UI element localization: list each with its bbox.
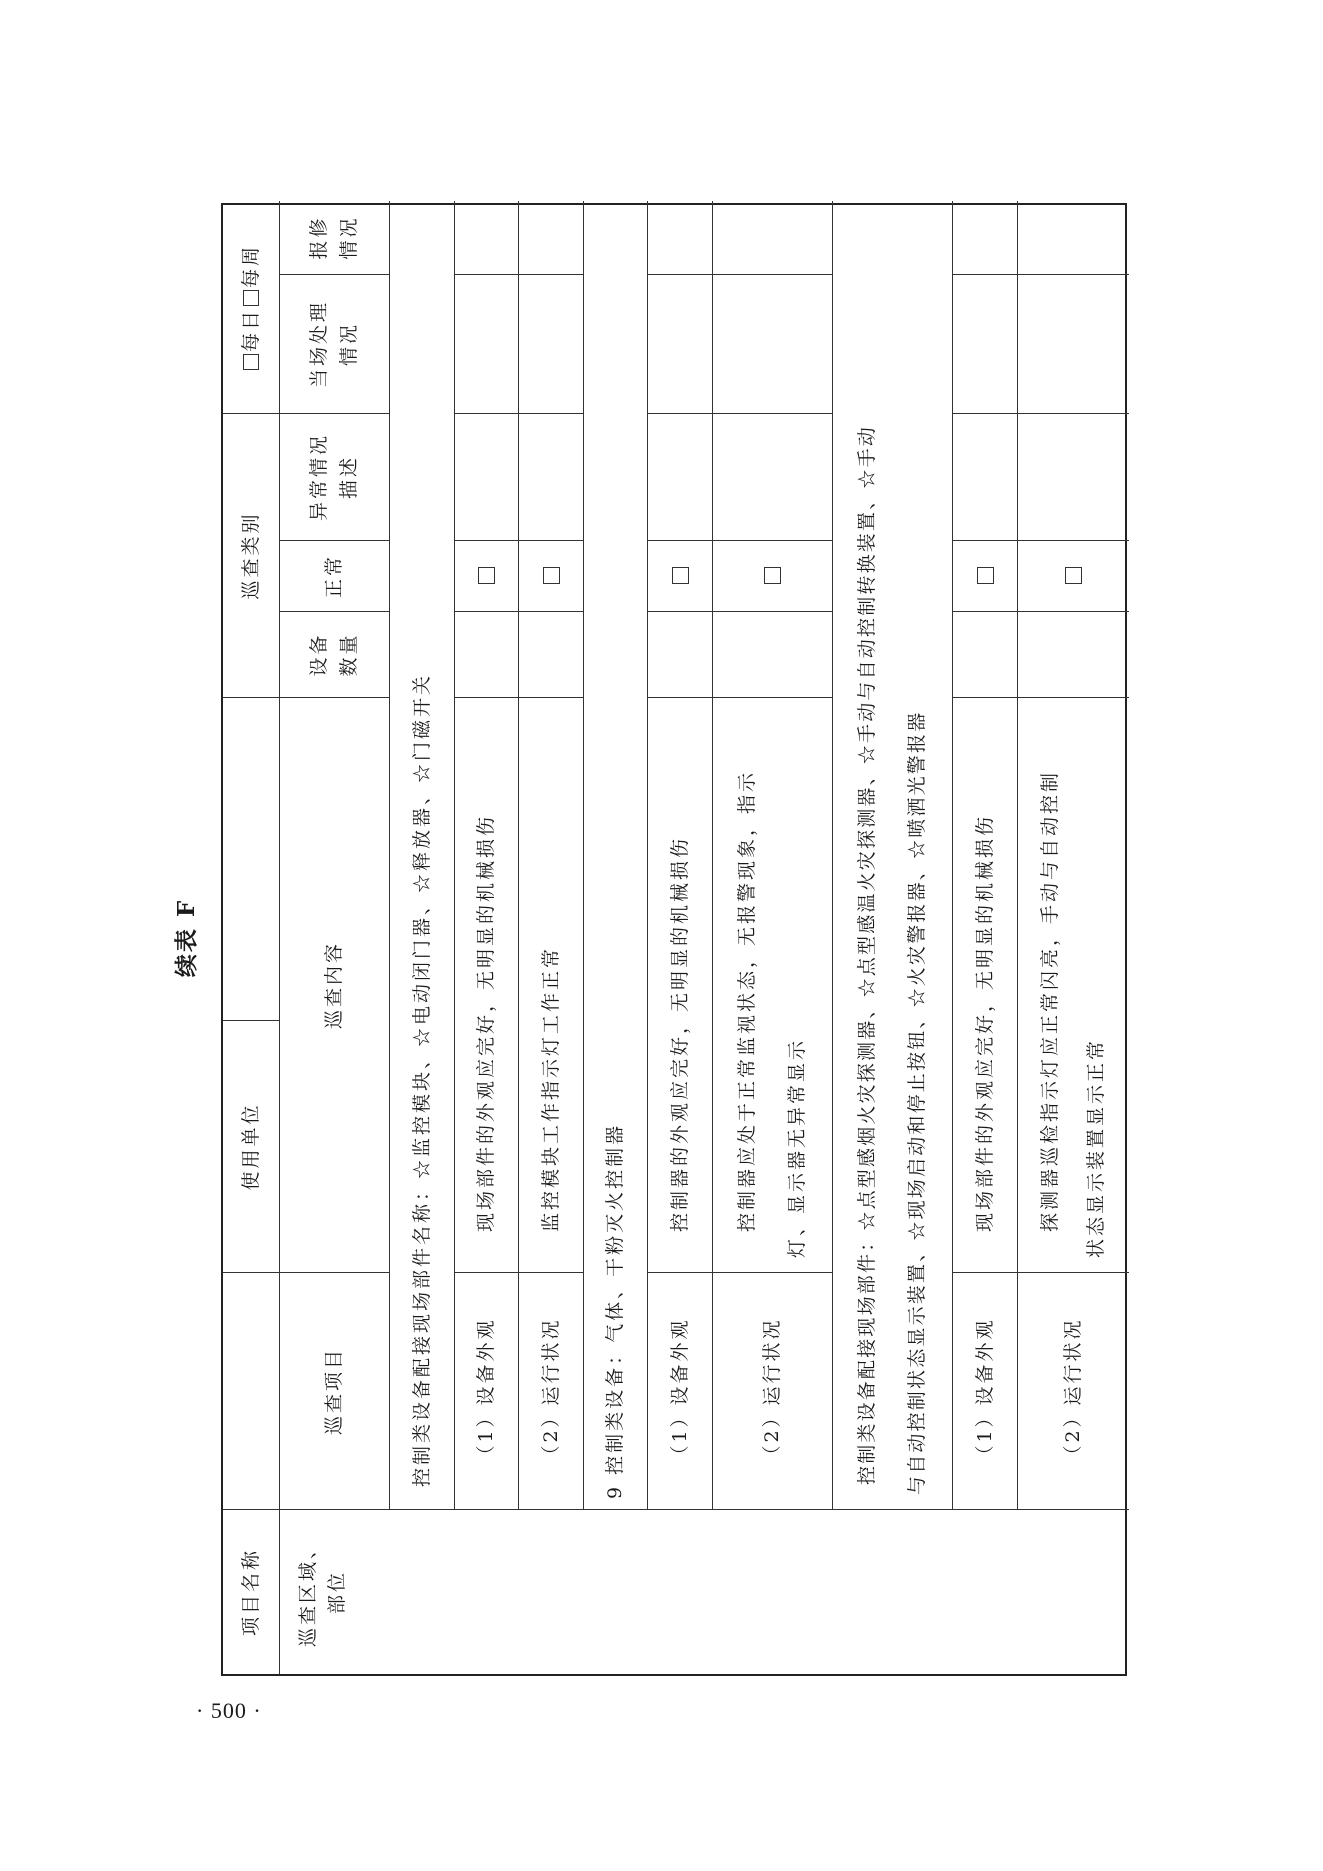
repair-input[interactable] <box>648 201 713 274</box>
project-name-value[interactable] <box>223 1272 280 1509</box>
onsite-input[interactable] <box>953 274 1018 413</box>
repair-input[interactable] <box>1018 201 1129 274</box>
normal-cell <box>953 540 1018 611</box>
weekly-checkbox[interactable] <box>243 290 259 306</box>
onsite-line2: 情况 <box>335 322 364 366</box>
onsite-line1: 当场处理 <box>305 300 334 388</box>
device-count-line1: 设备 <box>305 633 334 677</box>
device-count-input[interactable] <box>455 611 519 697</box>
repair-line2: 情况 <box>335 216 364 260</box>
item-content-line1: 控制器应处于正常监视状态，无报警现象，指示 <box>723 770 772 1258</box>
normal-checkbox[interactable] <box>672 568 689 585</box>
normal-cell <box>713 540 833 611</box>
user-unit-label: 使用单位 <box>223 1020 280 1272</box>
group-row-1: 控制类设备配接现场部件名称：☆监控模块、☆电动闭门器、☆释放器、☆门磁开关 <box>390 201 455 1509</box>
frequency-selector: 每日 每周 <box>223 201 280 413</box>
repair-line1: 报修 <box>305 216 334 260</box>
normal-checkbox[interactable] <box>764 568 781 585</box>
item-content: 控制器应处于正常监视状态，无报警现象，指示 灯、显示器无异常显示 <box>713 697 833 1272</box>
onsite-input[interactable] <box>713 274 833 413</box>
abnormal-input[interactable] <box>713 413 833 540</box>
normal-cell <box>519 540 584 611</box>
repair-input[interactable] <box>713 201 833 274</box>
onsite-input[interactable] <box>1018 274 1129 413</box>
table-title: 续表 F <box>172 878 202 998</box>
user-unit-value[interactable] <box>223 697 280 1020</box>
group-row-2: 控制类设备配接现场部件：☆点型感烟火灾探测器、☆点型感温火灾探测器、☆手动与自动… <box>833 201 953 1509</box>
item-content-line2: 灯、显示器无异常显示 <box>773 770 822 1258</box>
weekly-label: 每周 <box>233 244 269 288</box>
column-header-onsite: 当场处理情况 <box>280 274 390 413</box>
item-label: （1）设备外观 <box>953 1272 1018 1509</box>
abnormal-input[interactable] <box>519 413 584 540</box>
normal-cell <box>455 540 519 611</box>
inspection-category-label: 巡查类别 <box>223 413 280 697</box>
normal-checkbox[interactable] <box>977 568 994 585</box>
project-name-label: 项目名称 <box>223 1509 280 1674</box>
device-count-line2: 数量 <box>335 633 364 677</box>
onsite-input[interactable] <box>455 274 519 413</box>
item-content: 控制器的外观应完好，无明显的机械损伤 <box>648 697 713 1272</box>
device-count-input[interactable] <box>1018 611 1129 697</box>
column-header-item: 巡查项目 <box>280 1272 390 1509</box>
item-label: （2）运行状况 <box>1018 1272 1129 1509</box>
inspection-table-rotated: 项目名称 使用单位 巡查类别 每日 每周 巡查区域、 部位 巡查项目 巡查内容 … <box>221 203 1127 1676</box>
column-header-content: 巡查内容 <box>280 697 390 1272</box>
column-header-repair: 报修情况 <box>280 201 390 274</box>
onsite-input[interactable] <box>648 274 713 413</box>
daily-checkbox[interactable] <box>243 354 259 370</box>
area-label: 巡查区域、 部位 <box>280 1509 1129 1674</box>
normal-checkbox[interactable] <box>478 568 495 585</box>
normal-cell <box>648 540 713 611</box>
area-label-line1: 巡查区域、 <box>294 1537 323 1647</box>
normal-checkbox[interactable] <box>1065 568 1082 585</box>
column-header-normal: 正常 <box>280 540 390 611</box>
daily-label: 每日 <box>233 308 269 352</box>
group-row-2-line1: 控制类设备配接现场部件：☆点型感烟火灾探测器、☆点型感温火灾探测器、☆手动与自动… <box>843 425 892 1495</box>
section-row-9: 9 控制类设备：气体、干粉灭火控制器 <box>584 201 648 1509</box>
item-content: 现场部件的外观应完好，无明显的机械损伤 <box>953 697 1018 1272</box>
device-count-input[interactable] <box>648 611 713 697</box>
item-label: （1）设备外观 <box>455 1272 519 1509</box>
inspection-table: 项目名称 使用单位 巡查类别 每日 每周 巡查区域、 部位 巡查项目 巡查内容 … <box>221 203 1127 1676</box>
item-content-line1: 探测器巡检指示灯应正常闪亮，手动与自动控制 <box>1028 770 1074 1258</box>
abnormal-input[interactable] <box>1018 413 1129 540</box>
column-header-abnormal: 异常情况描述 <box>280 413 390 540</box>
area-label-line2: 部位 <box>323 1570 352 1614</box>
abnormal-line1: 异常情况 <box>305 433 334 521</box>
repair-input[interactable] <box>953 201 1018 274</box>
onsite-input[interactable] <box>519 274 584 413</box>
device-count-input[interactable] <box>713 611 833 697</box>
normal-cell <box>1018 540 1129 611</box>
group-row-2-line2: 与自动控制状态显示装置、☆现场启动和停止按钮、☆火灾警报器、☆喷洒光警报器 <box>893 425 942 1495</box>
device-count-input[interactable] <box>953 611 1018 697</box>
item-content: 探测器巡检指示灯应正常闪亮，手动与自动控制 状态显示装置显示正常 <box>1018 697 1129 1272</box>
page-number: · 500 · <box>196 1698 262 1724</box>
item-label: （2）运行状况 <box>519 1272 584 1509</box>
normal-checkbox[interactable] <box>543 568 560 585</box>
abnormal-line2: 描述 <box>335 455 364 499</box>
repair-input[interactable] <box>455 201 519 274</box>
item-content-line2: 状态显示装置显示正常 <box>1074 770 1120 1258</box>
abnormal-input[interactable] <box>455 413 519 540</box>
item-content: 监控模块工作指示灯工作正常 <box>519 697 584 1272</box>
item-content: 现场部件的外观应完好，无明显的机械损伤 <box>455 697 519 1272</box>
item-label: （2）运行状况 <box>713 1272 833 1509</box>
abnormal-input[interactable] <box>953 413 1018 540</box>
abnormal-input[interactable] <box>648 413 713 540</box>
item-label: （1）设备外观 <box>648 1272 713 1509</box>
device-count-input[interactable] <box>519 611 584 697</box>
column-header-device-count: 设备数量 <box>280 611 390 697</box>
repair-input[interactable] <box>519 201 584 274</box>
